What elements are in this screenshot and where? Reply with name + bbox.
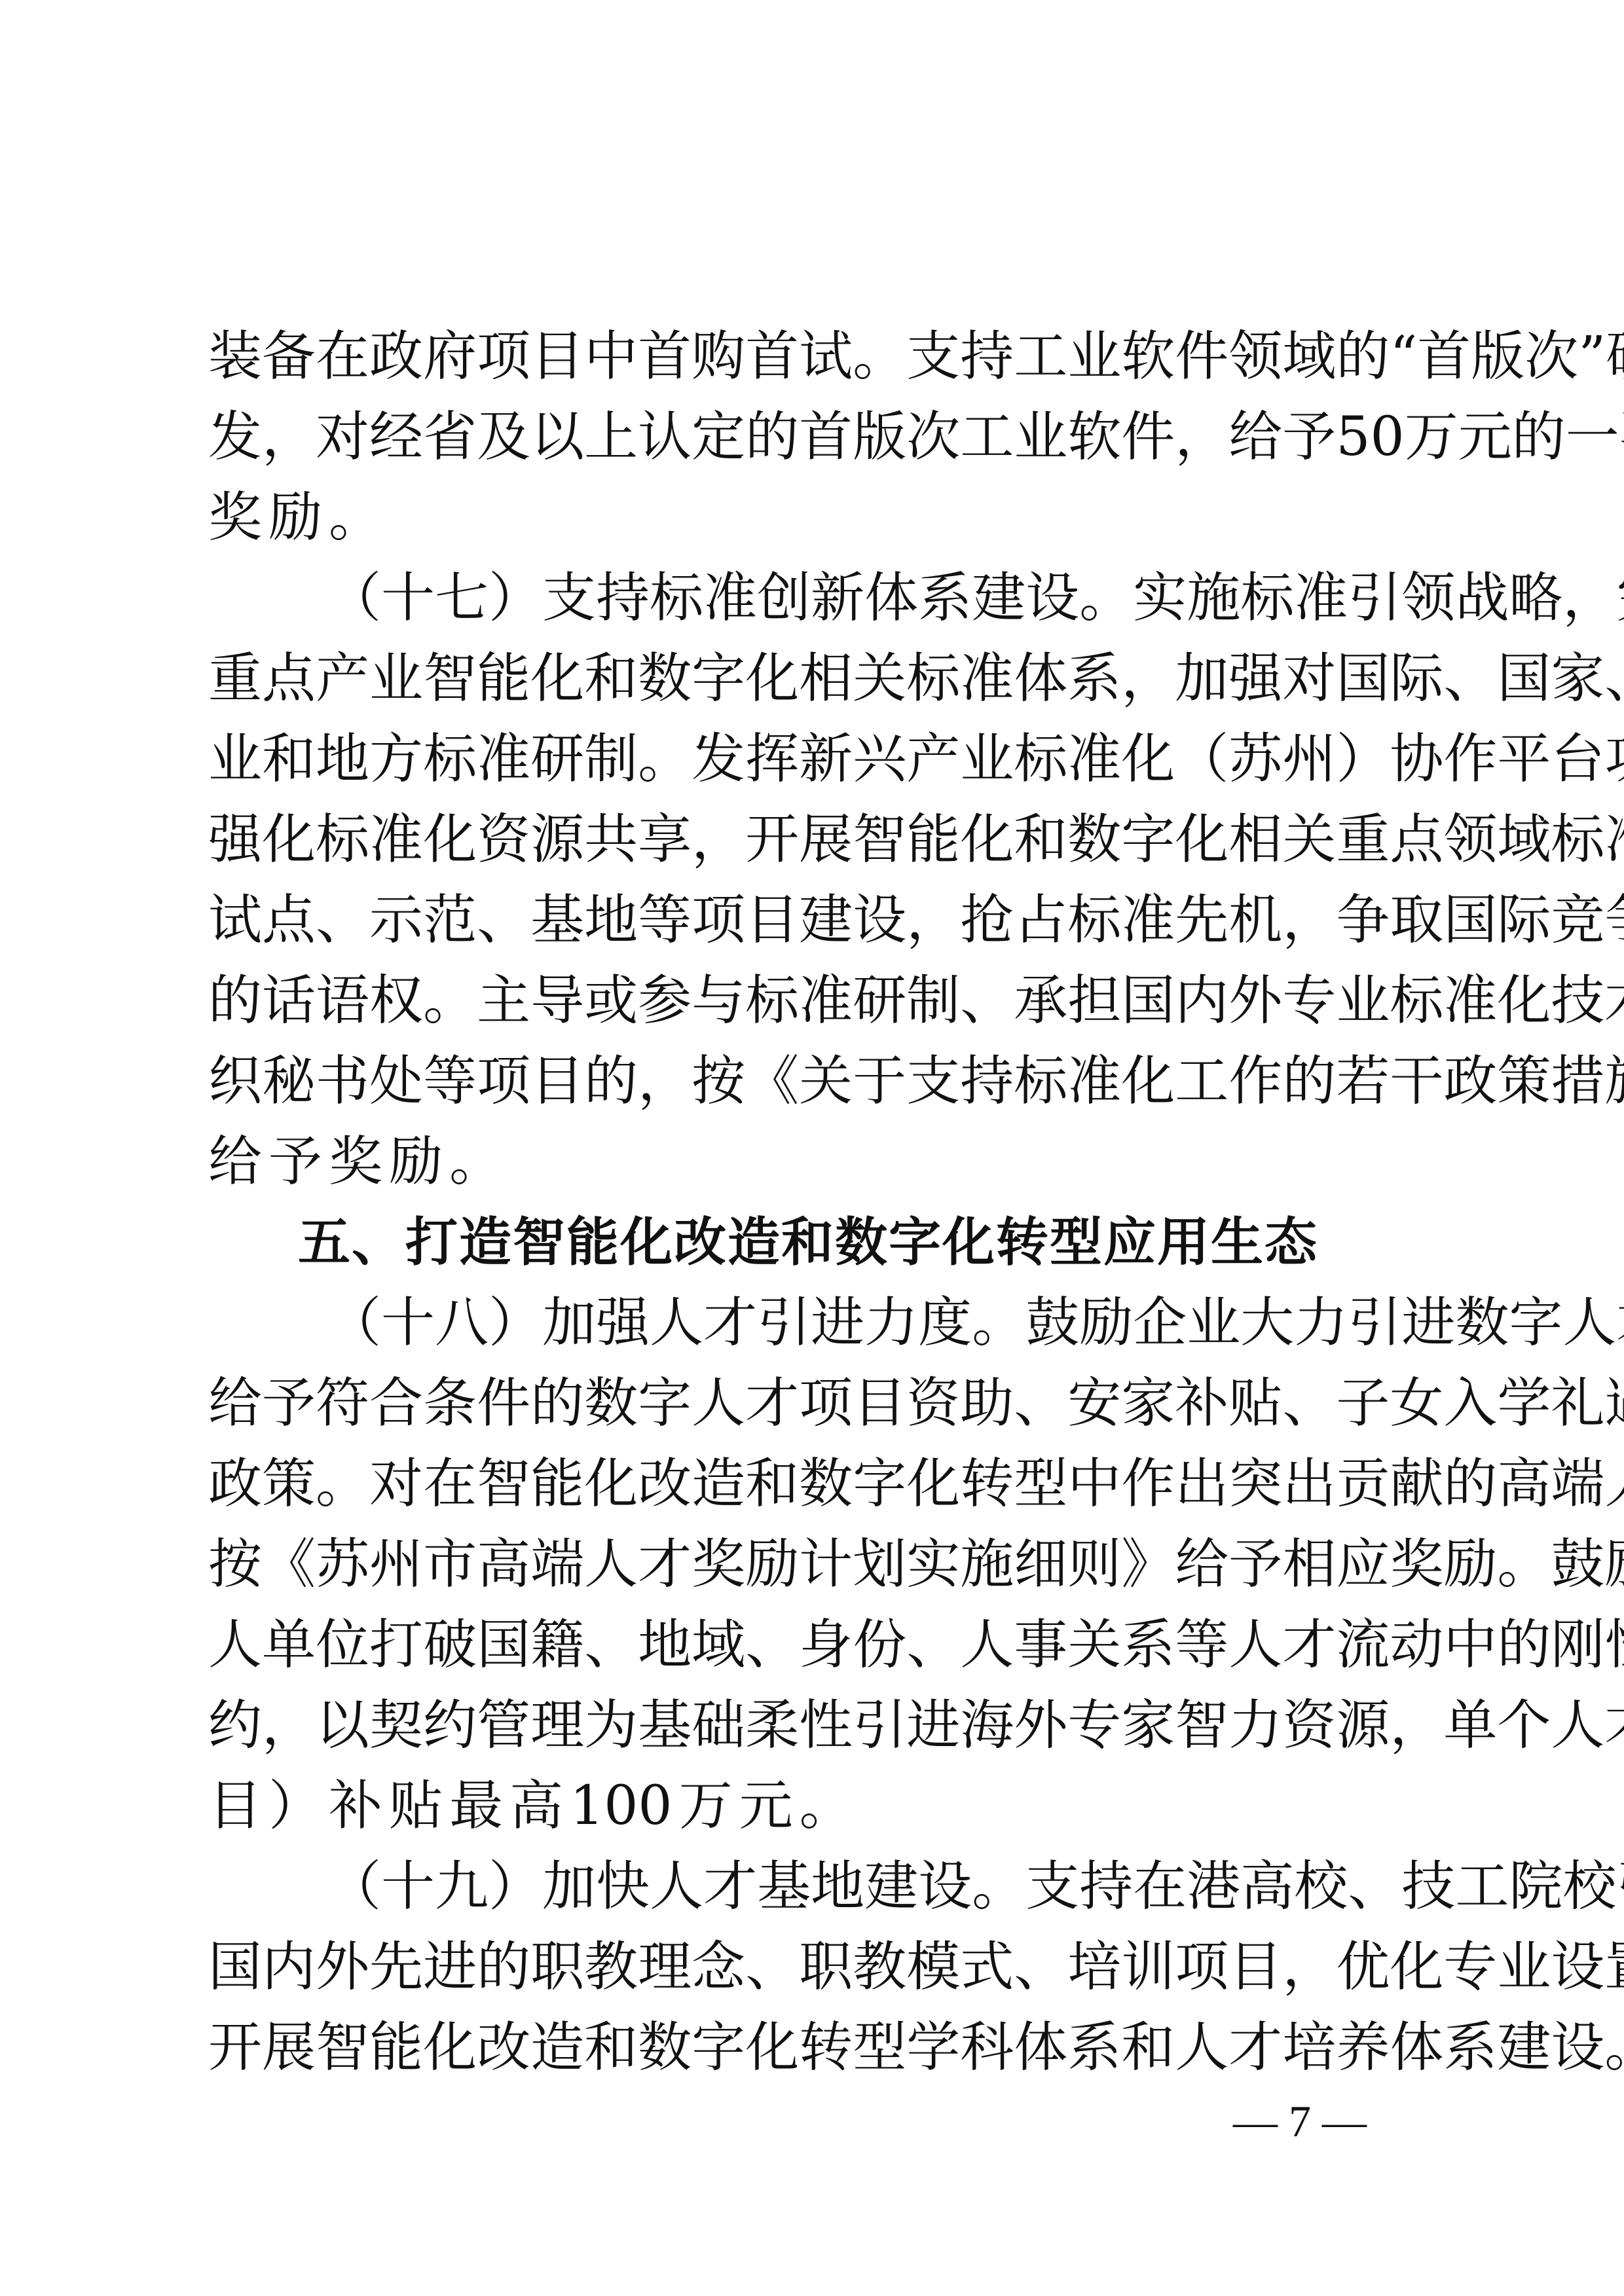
text-line: 装备在政府项目中首购首试。支持工业软件领域的“首版次”研 [208,321,1471,393]
page-number: — 7 — [1231,2095,1369,2147]
text-line: 按《苏州市高端人才奖励计划实施细则》给予相应奖励。鼓励用 [208,1529,1471,1601]
document-page: 装备在政府项目中首购首试。支持工业软件领域的“首版次”研发，对经省及以上认定的首… [0,0,1624,2296]
text-line: 人单位打破国籍、地域、身份、人事关系等人才流动中的刚性制 [208,1609,1471,1681]
text-line: 给予符合条件的数字人才项目资助、安家补贴、子女入学礼遇等 [208,1368,1471,1440]
text-line: 奖励。 [208,482,1471,554]
text-line: 给予奖励。 [208,1126,1471,1198]
text-line: 试点、示范、基地等项目建设，抢占标准先机，争取国际竞争中 [208,884,1471,957]
text-line: 政策。对在智能化改造和数字化转型中作出突出贡献的高端人才， [208,1448,1471,1520]
text-line: 织秘书处等项目的，按《关于支持标准化工作的若干政策措施》 [208,1046,1471,1118]
text-line: 开展智能化改造和数字化转型学科体系和人才培养体系建设。鼓 [208,2012,1471,2084]
text-line: 的话语权。主导或参与标准研制、承担国内外专业标准化技术组 [208,965,1471,1037]
text-line: （十九）加快人才基地建设。支持在港高校、技工院校引进 [327,1851,1471,1923]
text-line: 约，以契约管理为基础柔性引进海外专家智力资源，单个人才（项 [208,1690,1471,1762]
text-line: （十七）支持标准创新体系建设。实施标准引领战略，完善 [327,562,1471,634]
section-heading: 五、打造智能化改造和数字化转型应用生态 [298,1207,1318,1279]
text-line: 业和地方标准研制。发挥新兴产业标准化（苏州）协作平台功能， [208,723,1471,795]
text-line: 发，对经省及以上认定的首版次工业软件，给予50万元的一次性 [208,401,1471,473]
text-line: 目）补贴最高100万元。 [208,1770,1471,1842]
text-line: 强化标准化资源共享，开展智能化和数字化相关重点领域标准化 [208,804,1471,876]
text-line: 国内外先进的职教理念、职教模式、培训项目，优化专业设置， [208,1931,1471,2003]
text-line: 重点产业智能化和数字化相关标准体系，加强对国际、国家、行 [208,643,1471,715]
text-line: （十八）加强人才引进力度。鼓励企业大力引进数字人才， [327,1287,1471,1359]
